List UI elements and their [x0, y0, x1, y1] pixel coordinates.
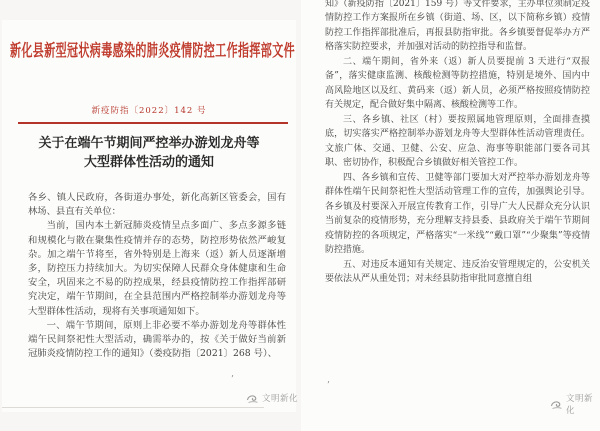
page1-watermark: 文明新化	[246, 392, 298, 404]
watermark-label: 文明新化	[566, 392, 600, 416]
scanned-document-view: 新化县新型冠状病毒感染的肺炎疫情防控工作指挥部文件 新疫防指〔2022〕142 …	[0, 0, 600, 431]
watermark-swirl-icon	[246, 393, 259, 404]
salutation: 各乡、镇人民政府，各街道办事处，新化高新区管委会，国有林场、县直有关单位：	[28, 191, 286, 219]
watermark-swirl-icon	[550, 399, 563, 410]
page1-bottom-edge	[2, 407, 264, 408]
body-paragraph: 一、端午节期间，原则上非必要不举办游划龙舟等群体性端午民间祭祀性大型活动，确需举…	[28, 319, 286, 362]
body-paragraph: 《关于做好疫情常态化防控下举办群众性活动疫情防控工作的通知》（新疫防指〔2021…	[325, 0, 590, 55]
page2-body: 《关于做好疫情常态化防控下举办群众性活动疫情防控工作的通知》（新疫防指〔2021…	[325, 0, 590, 287]
body-paragraph: 当前，国内本土新冠肺炎疫情呈点多面广、多点多源多链和规模化与散在聚集性疫情并存的…	[28, 219, 286, 318]
page1-body: 各乡、镇人民政府，各街道办事处，新化高新区管委会，国有林场、县直有关单位： 当前…	[28, 191, 286, 361]
document-page-2: 《关于做好疫情常态化防控下举办群众性活动疫情防控工作的通知》（新疫防指〔2021…	[301, 0, 600, 431]
document-title: 关于在端午节期间严控举办游划龙舟等 大型群体性活动的通知	[12, 134, 286, 172]
document-title-line1: 关于在端午节期间严控举办游划龙舟等	[12, 134, 286, 153]
document-title-line2: 大型群体性活动的通知	[12, 153, 286, 172]
body-paragraph: 二、端午期间，省外来（返）新人员要提前 3 天进行“双报备”，落实健康监测、核酸…	[325, 55, 590, 113]
page2-watermark: 文明新化	[550, 392, 600, 416]
body-paragraph: 五、对违反本通知有关规定、违反治安管理规定的，公安机关要依法从严从重处罚；对未经…	[325, 258, 590, 287]
body-paragraph: 四、各乡镇和宣传、卫健等部门要加大对严控举办游划龙舟等群体性端午民间祭祀性大型活…	[325, 171, 590, 258]
red-divider-line	[18, 122, 288, 124]
document-page-1: 新化县新型冠状病毒感染的肺炎疫情防控工作指挥部文件 新疫防指〔2022〕142 …	[2, 20, 296, 412]
issuing-authority-header: 新化县新型冠状病毒感染的肺炎疫情防控工作指挥部文件	[10, 38, 288, 62]
scan-artifact: ’	[231, 375, 234, 385]
watermark-label: 文明新化	[262, 392, 298, 404]
scan-artifact: ’	[327, 381, 330, 391]
document-number: 新疫防指〔2022〕142 号	[2, 104, 296, 116]
body-paragraph: 三、各乡镇、社区（村）要按照属地管理原则，全面排查摸底，切实落实严格控制举办游划…	[325, 113, 590, 171]
